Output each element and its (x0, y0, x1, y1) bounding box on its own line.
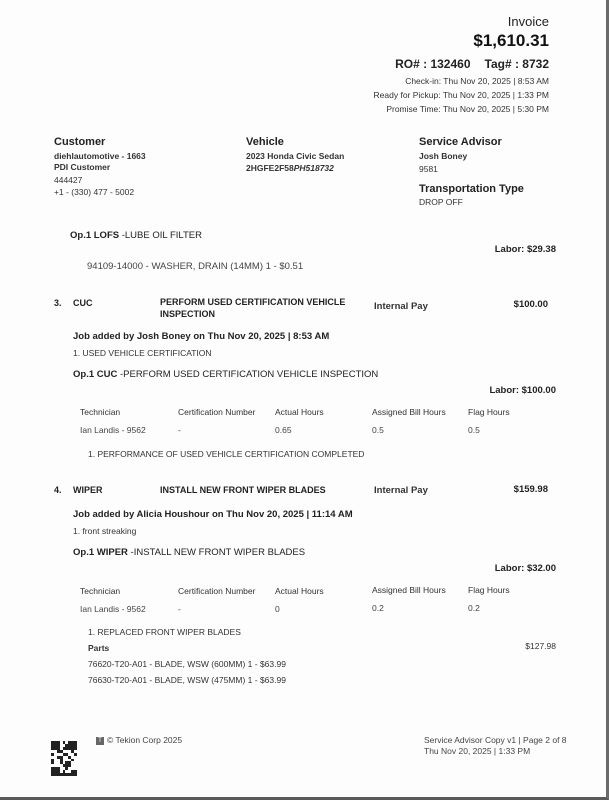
job-4-flag-hours: 0.2 (468, 603, 480, 613)
prev-op-code: Op.1 LOFS (70, 230, 119, 241)
job-4-code: WIPER (73, 485, 103, 495)
job-3-concern: 1. USED VEHICLE CERTIFICATION (73, 348, 212, 358)
job-3-op-line: Op.1 CUC -PERFORM USED CERTIFICATION VEH… (73, 369, 378, 380)
job-4-th-flag: Flag Hours (468, 585, 510, 595)
job-3-flag-hours: 0.5 (468, 425, 480, 435)
customer-type: PDI Customer (54, 162, 110, 172)
job-3-th-assigned: Assigned Bill Hours (372, 407, 446, 417)
job-4-added-by: Job added by Alicia Houshour on Thu Nov … (73, 509, 353, 520)
promise-time: Promise Time: Thu Nov 20, 2025 | 5:30 PM (386, 104, 549, 114)
job-3-code: CUC (73, 298, 93, 308)
job-4-th-actual: Actual Hours (275, 586, 324, 596)
job-4-parts-total: $127.98 (525, 641, 556, 651)
job-3-labor: Labor: $100.00 (489, 385, 556, 396)
transportation-value: DROP OFF (419, 197, 463, 207)
prev-op-desc: -LUBE OIL FILTER (119, 230, 202, 241)
job-3-th-cert: Certification Number (178, 407, 255, 417)
job-4-op-desc: -INSTALL NEW FRONT WIPER BLADES (128, 547, 305, 558)
job-3-added-by: Job added by Josh Boney on Thu Nov 20, 2… (73, 331, 329, 342)
vehicle-vin: 2HGFE2F58PH518732 (246, 163, 334, 173)
job-4-description: INSTALL NEW FRONT WIPER BLADES (160, 485, 326, 495)
job-3-op-code: Op.1 CUC (73, 369, 117, 380)
job-4-amount: $159.98 (514, 484, 548, 495)
vin-prefix: 2HGFE2F58 (246, 163, 294, 173)
customer-id: 444427 (54, 175, 82, 185)
job-3-cert: - (178, 425, 181, 435)
service-advisor-name: Josh Boney (419, 151, 467, 161)
service-advisor-heading: Service Advisor (419, 136, 502, 148)
job-3-actual-hours: 0.65 (275, 425, 292, 435)
job-3-correction: 1. PERFORMANCE OF USED VEHICLE CERTIFICA… (88, 449, 364, 459)
job-4-part-2: 76630-T20-A01 - BLADE, WSW (475MM) 1 - $… (88, 675, 286, 685)
job-4-th-assigned: Assigned Bill Hours (372, 585, 446, 595)
job-3-th-technician: Technician (80, 407, 120, 417)
job-3-assigned-hours: 0.5 (372, 425, 384, 435)
copyright-text: © Tekion Corp 2025 (107, 735, 182, 745)
job-3-number: 3. (54, 298, 62, 308)
job-4-op-code: Op.1 WIPER (73, 547, 128, 558)
transportation-heading: Transportation Type (419, 183, 524, 195)
job-4-technician: Ian Landis - 9562 (80, 604, 146, 614)
vehicle-heading: Vehicle (246, 136, 284, 148)
check-in-time: Check-in: Thu Nov 20, 2025 | 8:53 AM (405, 76, 549, 86)
tag-number: Tag# : 8732 (485, 57, 549, 71)
ro-tag-line: RO# : 132460Tag# : 8732 (395, 57, 549, 71)
ready-for-pickup-time: Ready for Pickup: Thu Nov 20, 2025 | 1:3… (374, 90, 549, 100)
job-4-actual-hours: 0 (275, 604, 280, 614)
job-4-parts-heading: Parts (88, 643, 109, 653)
qr-code (51, 741, 77, 776)
prev-labor: Labor: $29.38 (495, 244, 556, 255)
customer-name: diehlautomotive - 1663 (54, 151, 146, 161)
job-4-labor: Labor: $32.00 (495, 563, 556, 574)
customer-heading: Customer (54, 136, 105, 148)
customer-phone: +1 - (330) 477 - 5002 (54, 187, 134, 197)
job-4-th-cert: Certification Number (178, 586, 255, 596)
invoice-total: $1,610.31 (473, 31, 549, 51)
vehicle-description: 2023 Honda Civic Sedan (246, 151, 344, 161)
footer-printed-time: Thu Nov 20, 2025 | 1:33 PM (424, 746, 530, 756)
job-3-op-desc: -PERFORM USED CERTIFICATION VEHICLE INSP… (117, 369, 378, 380)
job-3-pay-type: Internal Pay (374, 301, 428, 312)
job-3-th-actual: Actual Hours (275, 407, 324, 417)
job-3-technician: Ian Landis - 9562 (80, 425, 146, 435)
job-4-correction: 1. REPLACED FRONT WIPER BLADES (88, 627, 241, 637)
job-4-part-1: 76620-T20-A01 - BLADE, WSW (600MM) 1 - $… (88, 659, 286, 669)
job-3-th-flag: Flag Hours (468, 407, 510, 417)
job-3-amount: $100.00 (514, 299, 548, 310)
footer-copyright: T© Tekion Corp 2025 (96, 735, 182, 745)
job-4-cert: - (178, 604, 181, 614)
invoice-title: Invoice (508, 14, 549, 29)
job-3-description: PERFORM USED CERTIFICATION VEHICLE INSPE… (160, 296, 350, 320)
job-4-pay-type: Internal Pay (374, 485, 428, 496)
invoice-page: Invoice $1,610.31 RO# : 132460Tag# : 873… (0, 0, 609, 800)
ro-number: RO# : 132460 (395, 57, 470, 71)
footer-copy-info: Service Advisor Copy v1 | Page 2 of 8 (424, 735, 567, 745)
vin-suffix: PH518732 (294, 163, 334, 173)
job-4-number: 4. (54, 485, 62, 495)
service-advisor-id: 9581 (419, 164, 438, 174)
prev-part: 94109-14000 - WASHER, DRAIN (14MM) 1 - $… (87, 261, 303, 272)
job-4-op-line: Op.1 WIPER -INSTALL NEW FRONT WIPER BLAD… (73, 547, 305, 558)
job-4-assigned-hours: 0.2 (372, 603, 384, 613)
tekion-logo-icon: T (96, 737, 104, 745)
job-4-th-technician: Technician (80, 586, 120, 596)
job-4-concern: 1. front streaking (73, 526, 136, 536)
prev-op-line: Op.1 LOFS -LUBE OIL FILTER (70, 230, 202, 241)
